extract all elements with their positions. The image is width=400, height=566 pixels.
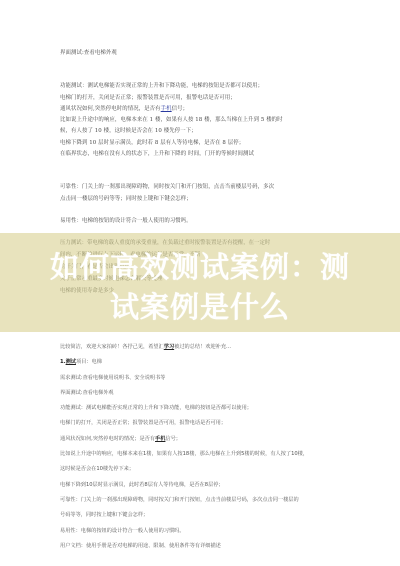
ventilation-suffix: 信号； [172,106,188,112]
body-line: 功能测试：测试电梯能否实现正常的上升和下降功能，电梯的按钮是否都可以使用； [60,401,350,416]
intro-prefix: 比较简洁，欢迎大家拍砖！各抒己见，希望汇 [60,344,164,350]
phone-link-2[interactable]: 手机 [155,436,165,442]
project-heading: 1.测试项目：电梯 [60,355,350,370]
ventilation-line: 通风状况如何,突然停电时的情况；是否有手机信号； [60,432,350,447]
ventilation-text: 通风状况如何,突然停电时的情况，是否有 [60,106,161,112]
body-line: 可靠性：门关上的一刹那出现障碍物，同时按关门和开门按钮，点击当前楼层号码，多次点… [60,493,350,508]
body-line: 易用性：电梯的按钮的设计符合一般人使用的习惯吗。 [60,524,350,539]
heading-suffix: 项目：电梯 [76,359,102,365]
body-line: 需求测试:查看电梯使用说明书、安全说明书等 [60,371,350,386]
ventilation-prefix: 通风状况如何,突然停电时的情况；是否有 [60,436,155,442]
functional-line-2: 电梯门的打开，关闭是否正常；报警装置是否可用，报警电话是否可用； [60,93,350,104]
functional-line-1: 功能测试：测试电梯能否实现正常的上升和下降功能，电梯的按钮是否都可以使用； [60,81,350,92]
banner-title: 如何高效测试案例：测试案例是什么 [0,247,400,327]
body-line: 电梯门的打开，关闭是否正常；报警装置是否可用，报警电话是否可用； [60,416,350,431]
functional-line-7: 在临界状态，电梯在没有人的状态下，上升和下降的 时间，门开的等候时间测试 [60,149,350,160]
study-link[interactable]: 学习 [164,344,174,350]
section-title: 界面测试:查看电梯外观 [60,48,350,59]
phone-link[interactable]: 手机 [161,106,172,112]
functional-line-6: 电梯下降到 10 层时显示满员，此时若 8 层有人等待电梯，是否在 8 层停； [60,138,350,149]
body-line: 号码等等，同时按上键和下键会怎样； [60,508,350,523]
body-line: 用户文档：使用手册是否对电梯的用途、限制、使用条件等有详细描述 [60,539,350,554]
document-bottom-section: 比较简洁，欢迎大家拍砖！各抒己见，希望汇学习被过的总结！欢迎补充... 1.测试… [60,340,350,554]
functional-line-4: 比如说上升途中的响应，电梯本来在 1 楼，如果有人按 18 楼，那么当梯在上升到… [60,115,350,126]
intro-suffix: 被过的总结！欢迎补充... [174,344,231,350]
body-line: 这时候是否会在10楼先停下来； [60,462,350,477]
document-page: 界面测试:查看电梯外观 功能测试：测试电梯能否实现正常的上升和下降功能，电梯的按… [0,0,400,566]
body-line: 电梯下降到10层时显示满员，此时若8层有人等待电梯，是否在8层停； [60,478,350,493]
body-line: 界面测试:查看电梯外观 [60,386,350,401]
test-link[interactable]: 测试 [66,359,76,365]
usability-line: 易用性：电梯的按钮的设计符合一般人使用的习惯吗。 [60,216,350,227]
functional-line-5: 候，有人按了 10 楼，这时候是否会在 10 楼先停一下； [60,126,350,137]
title-banner: 压力测试：带电梯的载人重度的承受重量，在负载过重时报警装置是否有提醒，在一定时 … [0,233,400,332]
functional-line-3: 通风状况如何,突然停电时的情况，是否有手机信号； [60,104,350,115]
document-top-section: 界面测试:查看电梯外观 功能测试：测试电梯能否实现正常的上升和下降功能，电梯的按… [60,48,350,250]
intro-line: 比较简洁，欢迎大家拍砖！各抒己见，希望汇学习被过的总结！欢迎补充... [60,340,350,355]
reliability-line-1: 可靠性：门关上的一刹那出现障碍物，同时按关门和开门按钮，点击当前楼层号码，多次 [60,182,350,193]
ventilation-suffix-2: 信号； [165,436,181,442]
reliability-line-2: 点击同一楼层的号码等等；同时按上键和下键会怎样； [60,194,350,205]
body-line: 比如说上升途中的响应，电梯本来在1楼，如果有人按18楼，那么电梯在上升到5楼的时… [60,447,350,462]
